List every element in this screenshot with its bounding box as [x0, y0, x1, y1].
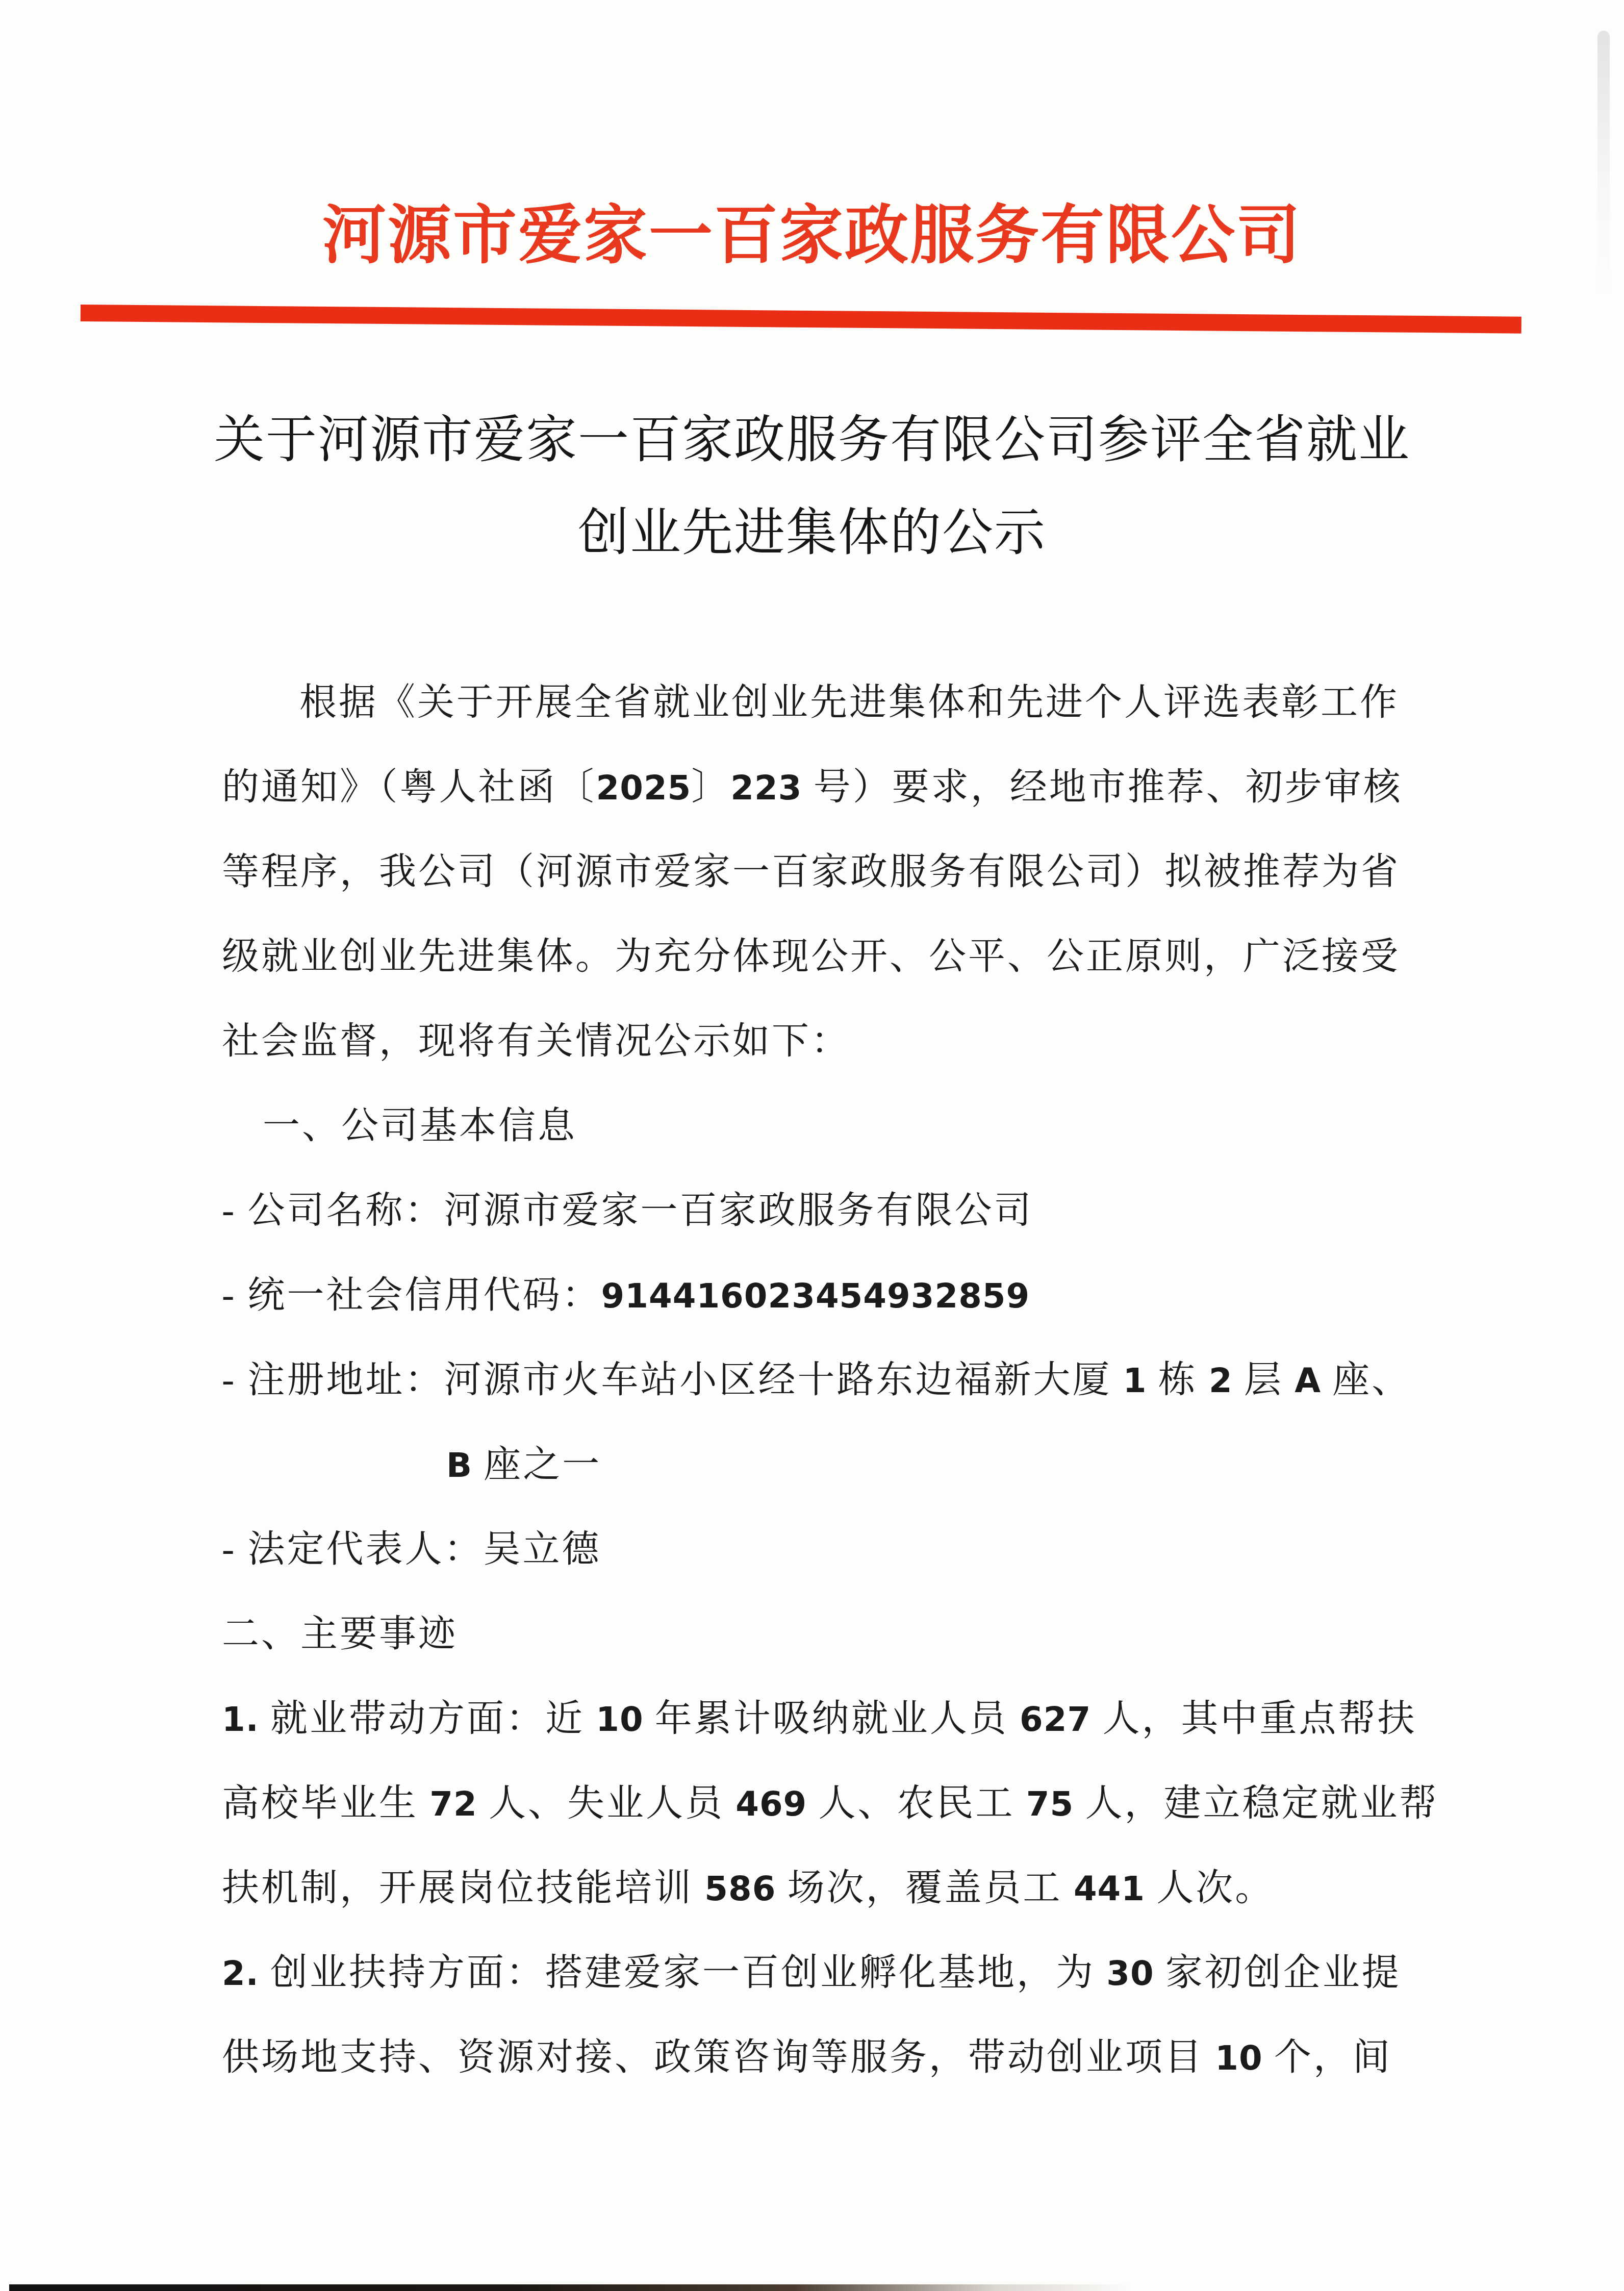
body-line-4: 级就业创业先进集体。为充分体现公开、公平、公正原则，广泛接受 — [222, 914, 1446, 999]
section-heading-main-deeds: 二、主要事迹 — [222, 1592, 1446, 1676]
body-line-1: 根据《关于开展全省就业创业先进集体和先进个人评选表彰工作 — [222, 660, 1446, 745]
body-line-14: 高校毕业生 72 人、失业人员 469 人、农民工 75 人，建立稳定就业帮 — [222, 1761, 1446, 1846]
document-title: 关于河源市爱家一百家政服务有限公司参评全省就业 创业先进集体的公示 — [0, 394, 1624, 580]
letterhead-divider-rule — [81, 305, 1521, 334]
section-heading-company-info: 一、公司基本信息 — [222, 1084, 1446, 1168]
document-title-line2: 创业先进集体的公示 — [0, 487, 1624, 580]
body-line-16: 2. 创业扶持方面：搭建爱家一百创业孵化基地，为 30 家初创企业提 — [222, 1930, 1446, 2015]
body-line-5: 社会监督，现将有关情况公示如下： — [222, 999, 1446, 1084]
body-line-2: 的通知》（粤人社函〔2025〕223 号）要求，经地市推荐、初步审核 — [222, 745, 1446, 829]
field-credit-code: - 统一社会信用代码：914416023454932859 — [222, 1253, 1446, 1338]
document-title-line1: 关于河源市爱家一百家政服务有限公司参评全省就业 — [0, 394, 1624, 487]
document-body: 根据《关于开展全省就业创业先进集体和先进个人评选表彰工作 的通知》（粤人社函〔2… — [222, 660, 1446, 2100]
field-registered-address: - 注册地址：河源市火车站小区经十路东边福新大厦 1 栋 2 层 A 座、 — [222, 1338, 1446, 1422]
scan-artifact-bottom-edge — [9, 2284, 1131, 2291]
field-company-name: - 公司名称：河源市爱家一百家政服务有限公司 — [222, 1168, 1446, 1253]
body-line-3: 等程序，我公司（河源市爱家一百家政服务有限公司）拟被推荐为省 — [222, 829, 1446, 914]
scanned-document-page: 河源市爱家一百家政服务有限公司 关于河源市爱家一百家政服务有限公司参评全省就业 … — [0, 0, 1624, 2291]
body-line-17: 供场地支持、资源对接、政策咨询等服务，带动创业项目 10 个，间 — [222, 2015, 1446, 2100]
field-legal-representative: - 法定代表人：吴立德 — [222, 1507, 1446, 1592]
body-line-15: 扶机制，开展岗位技能培训 586 场次，覆盖员工 441 人次。 — [222, 1846, 1446, 1930]
scan-artifact-right-smudge — [1597, 31, 1610, 296]
body-line-13: 1. 就业带动方面：近 10 年累计吸纳就业人员 627 人，其中重点帮扶 — [222, 1676, 1446, 1761]
company-letterhead: 河源市爱家一百家政服务有限公司 — [0, 198, 1624, 274]
field-registered-address-wrap: B 座之一 — [222, 1422, 1446, 1507]
